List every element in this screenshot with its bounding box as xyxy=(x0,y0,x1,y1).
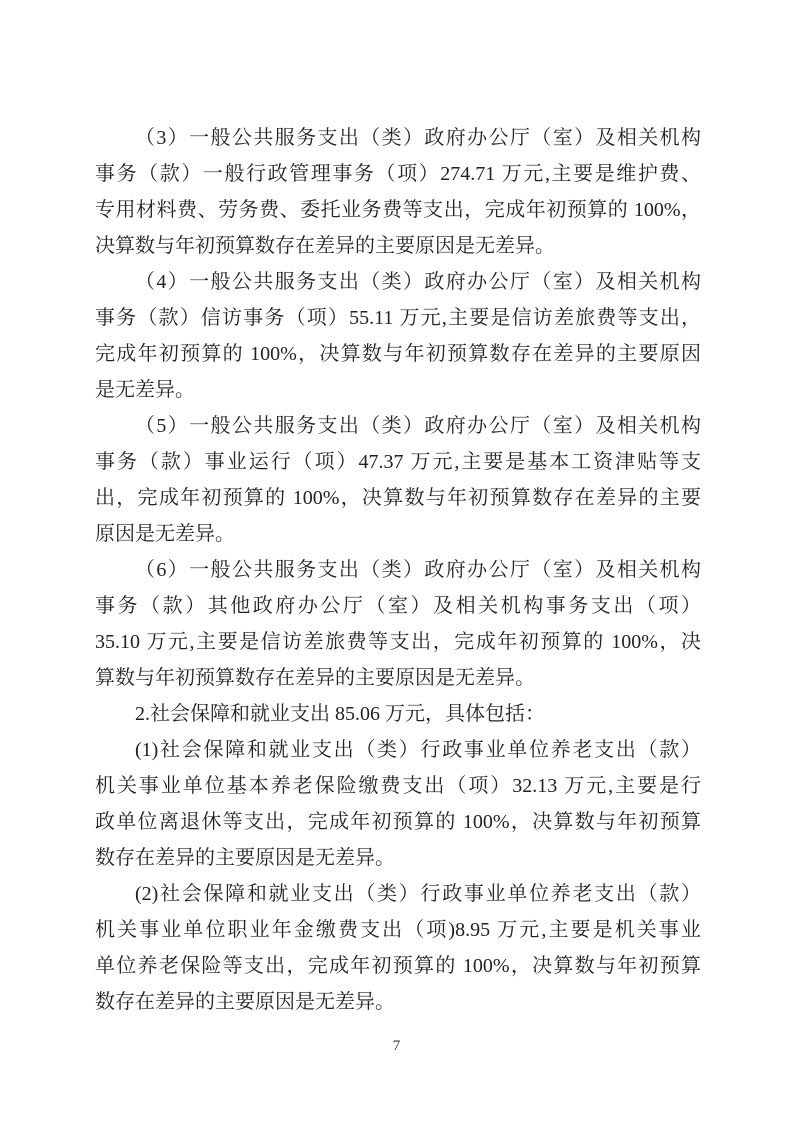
text-line: 事务（款）事业运行（项）47.37 万元,主要是基本工资津贴等支 xyxy=(95,444,701,480)
text-line: 政单位离退休等支出，完成年初预算的 100%，决算数与年初预算 xyxy=(95,804,701,840)
page-number: 7 xyxy=(0,1036,793,1056)
text-line: 事务（款）信访事务（项）55.11 万元,主要是信访差旅费等支出， xyxy=(95,300,701,336)
text-line: 机关事业单位职业年金缴费支出（项)8.95 万元,主要是机关事业 xyxy=(95,912,701,948)
text-line: 原因是无差异。 xyxy=(95,516,701,552)
text-line: 数存在差异的主要原因是无差异。 xyxy=(95,984,701,1020)
text-line: （6）一般公共服务支出（类）政府办公厅（室）及相关机构 xyxy=(95,552,701,588)
paragraph: (1)社会保障和就业支出（类）行政事业单位养老支出（款）机关事业单位基本养老保险… xyxy=(95,732,701,876)
paragraph: 2.社会保障和就业支出 85.06 万元，具体包括： xyxy=(95,696,701,732)
paragraph: （4）一般公共服务支出（类）政府办公厅（室）及相关机构事务（款）信访事务（项）5… xyxy=(95,264,701,408)
text-line: (1)社会保障和就业支出（类）行政事业单位养老支出（款） xyxy=(95,732,701,768)
text-line: 决算数与年初预算数存在差异的主要原因是无差异。 xyxy=(95,228,701,264)
text-line: 是无差异。 xyxy=(95,372,701,408)
text-line: 算数与年初预算数存在差异的主要原因是无差异。 xyxy=(95,660,701,696)
text-line: 单位养老保险等支出，完成年初预算的 100%，决算数与年初预算 xyxy=(95,948,701,984)
text-line: 完成年初预算的 100%，决算数与年初预算数存在差异的主要原因 xyxy=(95,336,701,372)
document-page: （3）一般公共服务支出（类）政府办公厅（室）及相关机构事务（款）一般行政管理事务… xyxy=(0,0,793,1122)
text-line: （3）一般公共服务支出（类）政府办公厅（室）及相关机构 xyxy=(95,120,701,156)
paragraph: (2)社会保障和就业支出（类）行政事业单位养老支出（款）机关事业单位职业年金缴费… xyxy=(95,876,701,1020)
paragraph: （5）一般公共服务支出（类）政府办公厅（室）及相关机构事务（款）事业运行（项）4… xyxy=(95,408,701,552)
text-line: 专用材料费、劳务费、委托业务费等支出，完成年初预算的 100%， xyxy=(95,192,701,228)
text-line: 数存在差异的主要原因是无差异。 xyxy=(95,840,701,876)
text-line: 35.10 万元,主要是信访差旅费等支出，完成年初预算的 100%，决 xyxy=(95,624,701,660)
text-line: (2)社会保障和就业支出（类）行政事业单位养老支出（款） xyxy=(95,876,701,912)
paragraph: （6）一般公共服务支出（类）政府办公厅（室）及相关机构事务（款）其他政府办公厅（… xyxy=(95,552,701,696)
text-line: 2.社会保障和就业支出 85.06 万元，具体包括： xyxy=(95,696,701,732)
text-line: （5）一般公共服务支出（类）政府办公厅（室）及相关机构 xyxy=(95,408,701,444)
text-line: 事务（款）一般行政管理事务（项）274.71 万元,主要是维护费、 xyxy=(95,156,701,192)
text-line: （4）一般公共服务支出（类）政府办公厅（室）及相关机构 xyxy=(95,264,701,300)
text-line: 出，完成年初预算的 100%，决算数与年初预算数存在差异的主要 xyxy=(95,480,701,516)
text-line: 事务（款）其他政府办公厅（室）及相关机构事务支出（项） xyxy=(95,588,701,624)
paragraph: （3）一般公共服务支出（类）政府办公厅（室）及相关机构事务（款）一般行政管理事务… xyxy=(95,120,701,264)
text-line: 机关事业单位基本养老保险缴费支出（项）32.13 万元,主要是行 xyxy=(95,768,701,804)
document-body: （3）一般公共服务支出（类）政府办公厅（室）及相关机构事务（款）一般行政管理事务… xyxy=(95,120,701,1020)
